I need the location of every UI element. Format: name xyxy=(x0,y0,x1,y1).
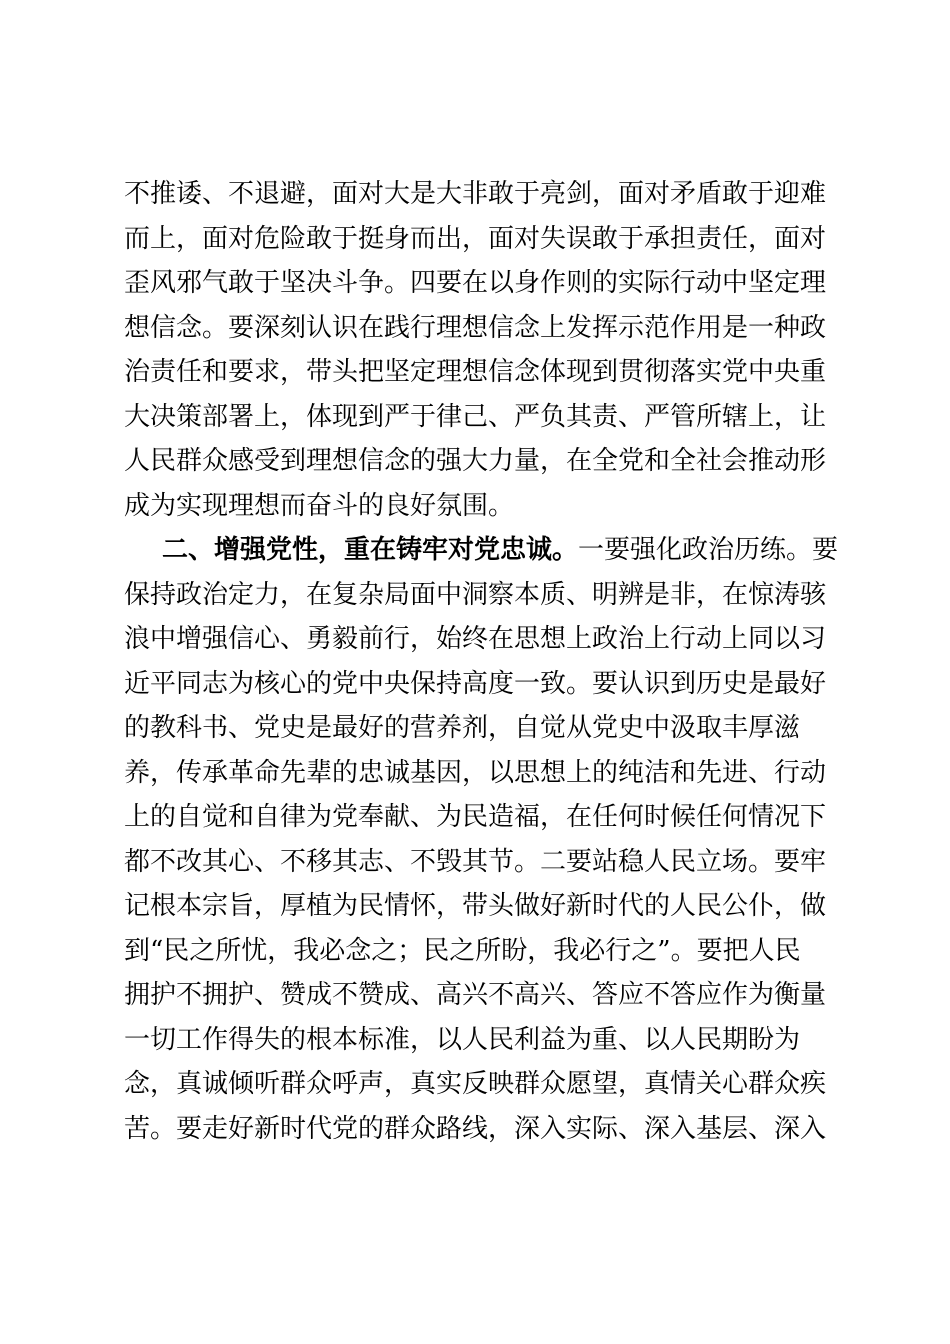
text-line: 大决策部署上，体现到严于律己、严负其责、严管所辖上，让 xyxy=(124,395,836,440)
text-line-section-heading: 二、增强党性，重在铸牢对党忠诚。一要强化政治历练。要 xyxy=(124,528,836,573)
text-line: 养，传承革命先辈的忠诚基因，以思想上的纯洁和先进、行动 xyxy=(124,751,836,796)
text-line: 念，真诚倾听群众呼声，真实反映群众愿望，真情关心群众疾 xyxy=(124,1062,836,1107)
section-heading-regular-text: 一要强化政治历练。要 xyxy=(578,535,838,565)
text-line: 保持政治定力，在复杂局面中洞察本质、明辨是非，在惊涛骇 xyxy=(124,573,836,618)
text-line: 都不改其心、不移其志、不毁其节。二要站稳人民立场。要牢 xyxy=(124,840,836,885)
document-page: 不推诿、不退避，面对大是大非敢于亮剑，面对矛盾敢于迎难 而上，面对危险敢于挺身而… xyxy=(0,0,950,1344)
text-line: 一切工作得失的根本标准，以人民利益为重、以人民期盼为 xyxy=(124,1018,836,1063)
text-line-paragraph-end: 成为实现理想而奋斗的良好氛围。 xyxy=(124,484,836,529)
text-line: 不推诿、不退避，面对大是大非敢于亮剑，面对矛盾敢于迎难 xyxy=(124,172,836,217)
text-line: 到“民之所忧，我必念之；民之所盼，我必行之”。要把人民 xyxy=(124,929,836,974)
text-line: 近平同志为核心的党中央保持高度一致。要认识到历史是最好 xyxy=(124,662,836,707)
text-line: 的教科书、党史是最好的营养剂，自觉从党史中汲取丰厚滋 xyxy=(124,706,836,751)
text-line: 人民群众感受到理想信念的强大力量，在全党和全社会推动形 xyxy=(124,439,836,484)
text-block: 不推诿、不退避，面对大是大非敢于亮剑，面对矛盾敢于迎难 而上，面对危险敢于挺身而… xyxy=(124,172,836,1151)
text-line: 治责任和要求，带头把坚定理想信念体现到贯彻落实党中央重 xyxy=(124,350,836,395)
text-line: 浪中增强信心、勇毅前行，始终在思想上政治上行动上同以习 xyxy=(124,617,836,662)
text-line: 歪风邪气敢于坚决斗争。四要在以身作则的实际行动中坚定理 xyxy=(124,261,836,306)
section-heading-bold-text: 二、增强党性，重在铸牢对党忠诚。 xyxy=(162,535,578,565)
text-line: 记根本宗旨，厚植为民情怀，带头做好新时代的人民公仆，做 xyxy=(124,884,836,929)
text-line: 苦。要走好新时代党的群众路线，深入实际、深入基层、深入 xyxy=(124,1107,836,1152)
text-line: 上的自觉和自律为党奉献、为民造福，在任何时候任何情况下 xyxy=(124,795,836,840)
text-line: 拥护不拥护、赞成不赞成、高兴不高兴、答应不答应作为衡量 xyxy=(124,973,836,1018)
text-line: 而上，面对危险敢于挺身而出，面对失误敢于承担责任，面对 xyxy=(124,217,836,262)
text-line: 想信念。要深刻认识在践行理想信念上发挥示范作用是一种政 xyxy=(124,306,836,351)
